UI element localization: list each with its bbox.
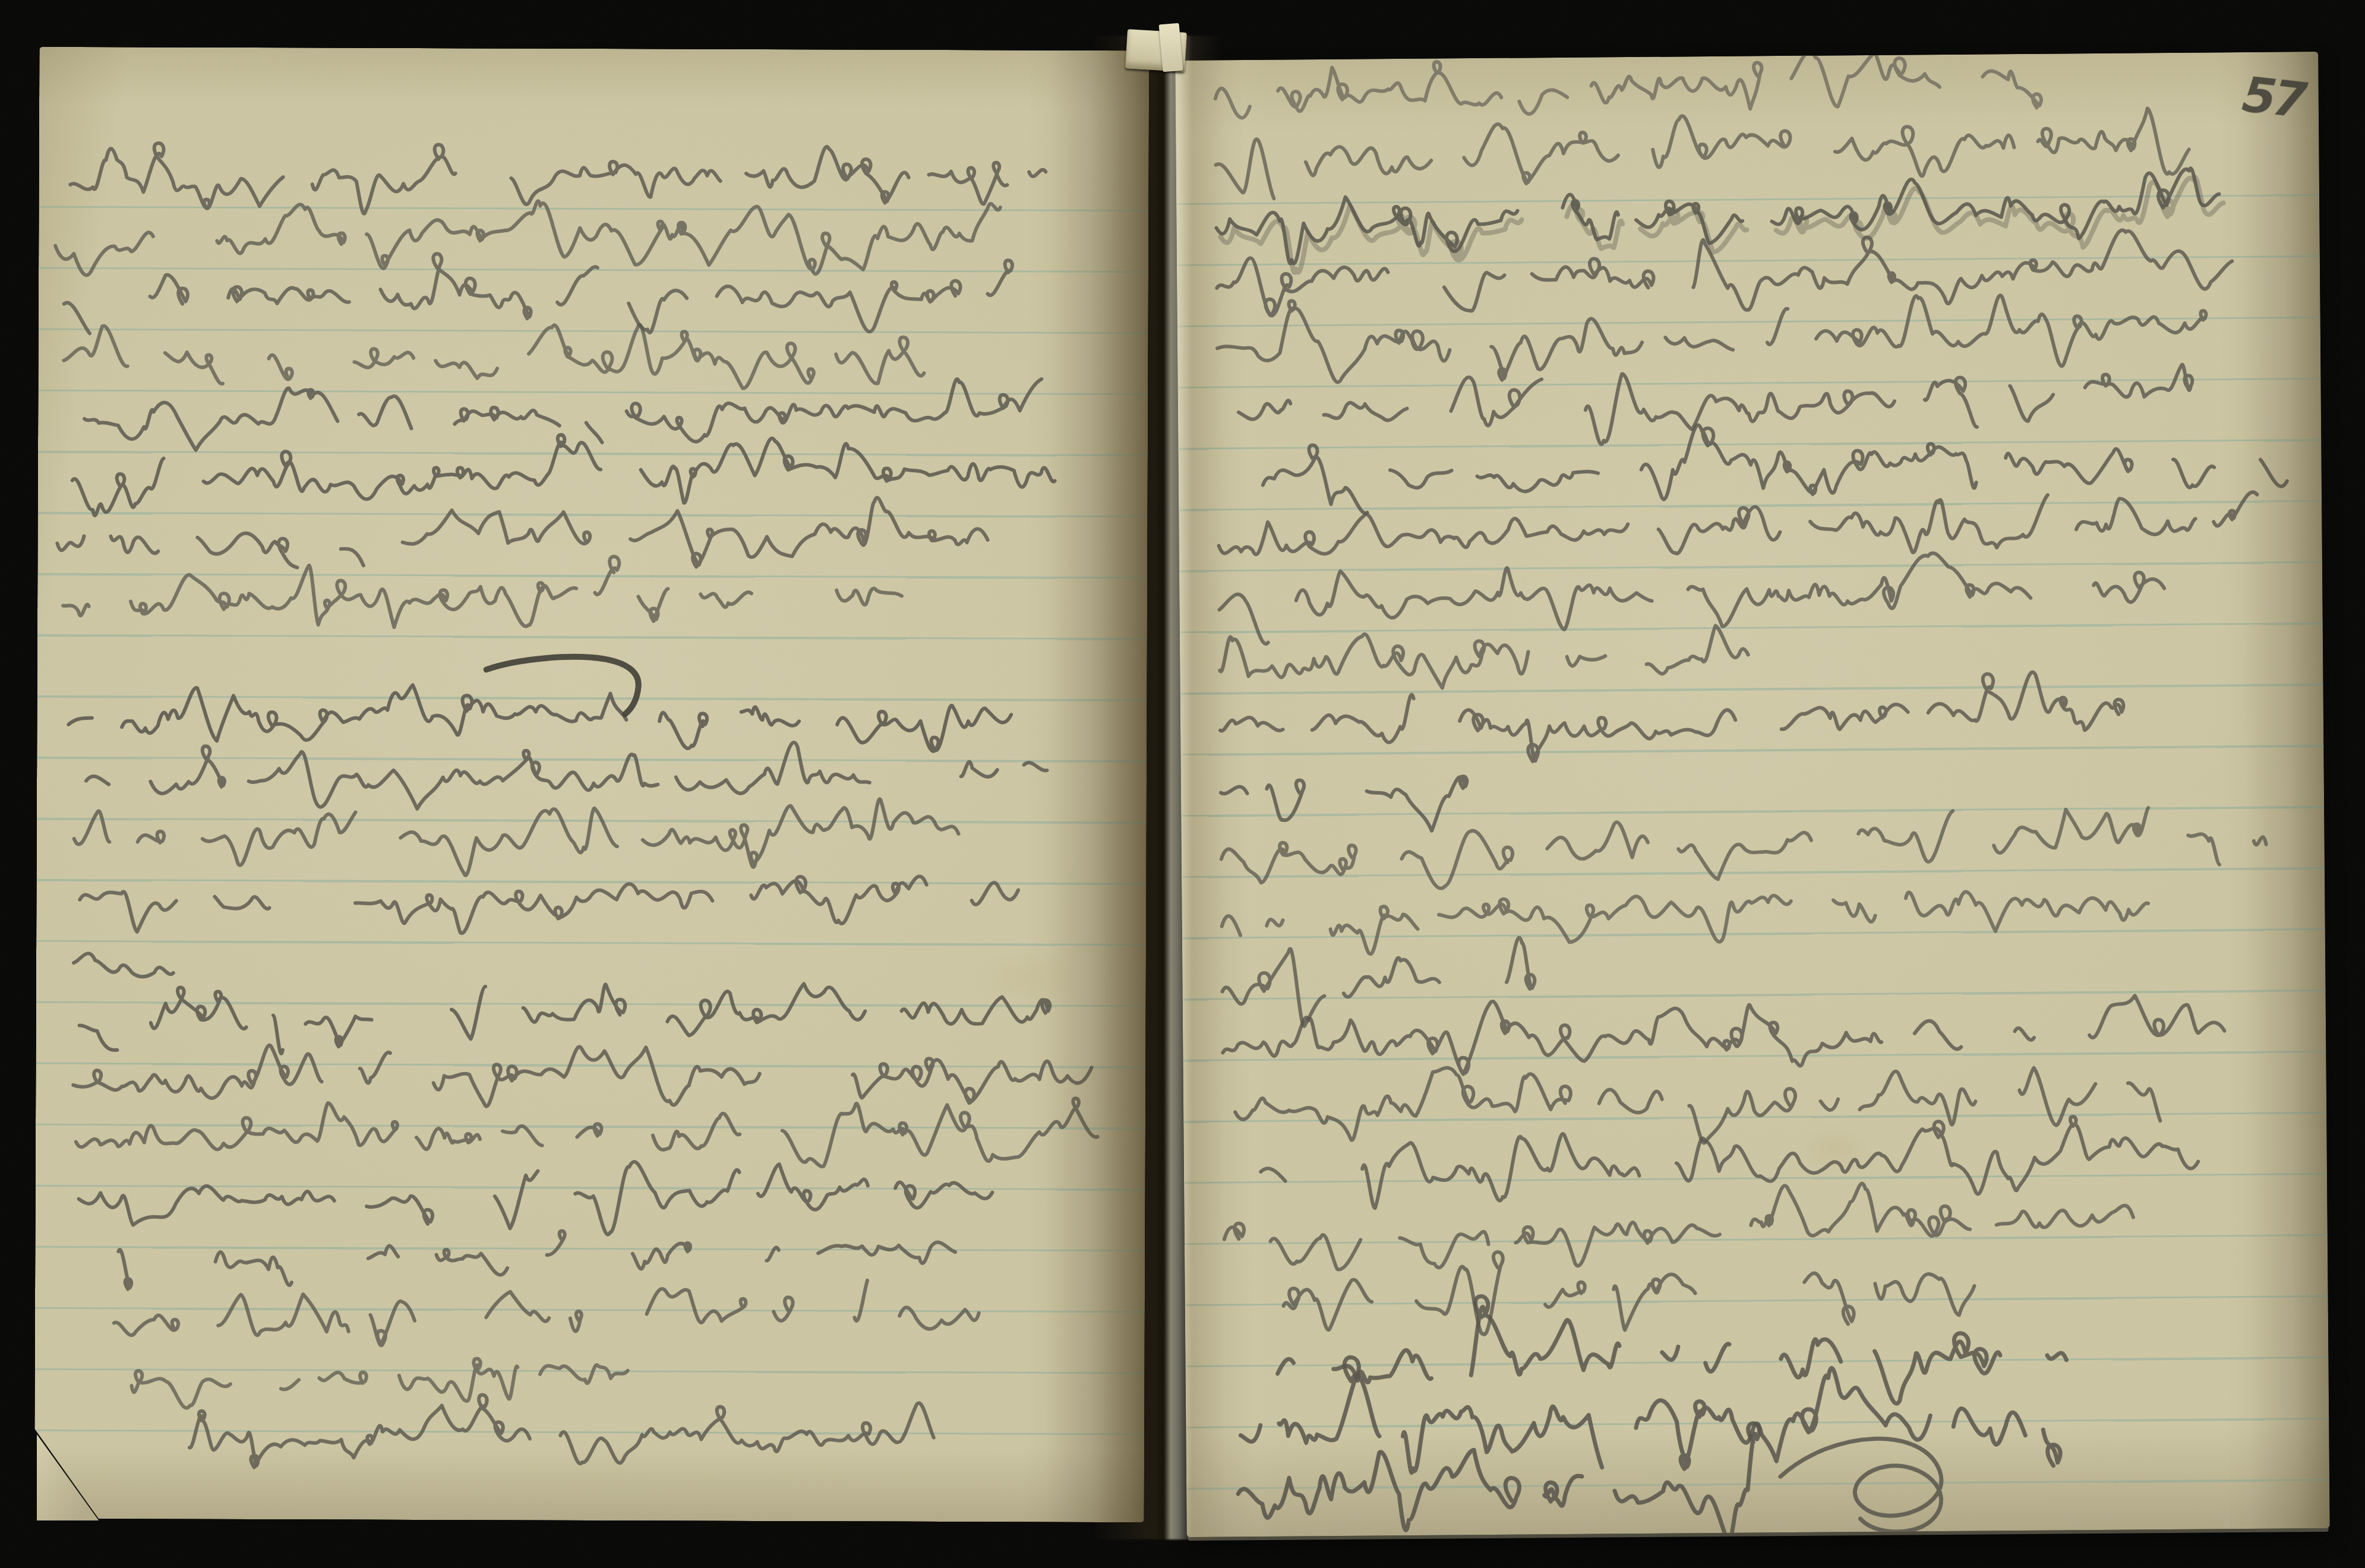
handwriting-left — [34, 47, 1150, 1523]
right-page: 57 — [1175, 52, 2329, 1537]
handwriting-right — [1175, 52, 2329, 1537]
notebook-scan: 57 — [0, 0, 2365, 1568]
gutter-top-flap-edge — [1159, 23, 1183, 72]
left-page — [34, 47, 1150, 1523]
page-number: 57 — [2240, 67, 2306, 129]
